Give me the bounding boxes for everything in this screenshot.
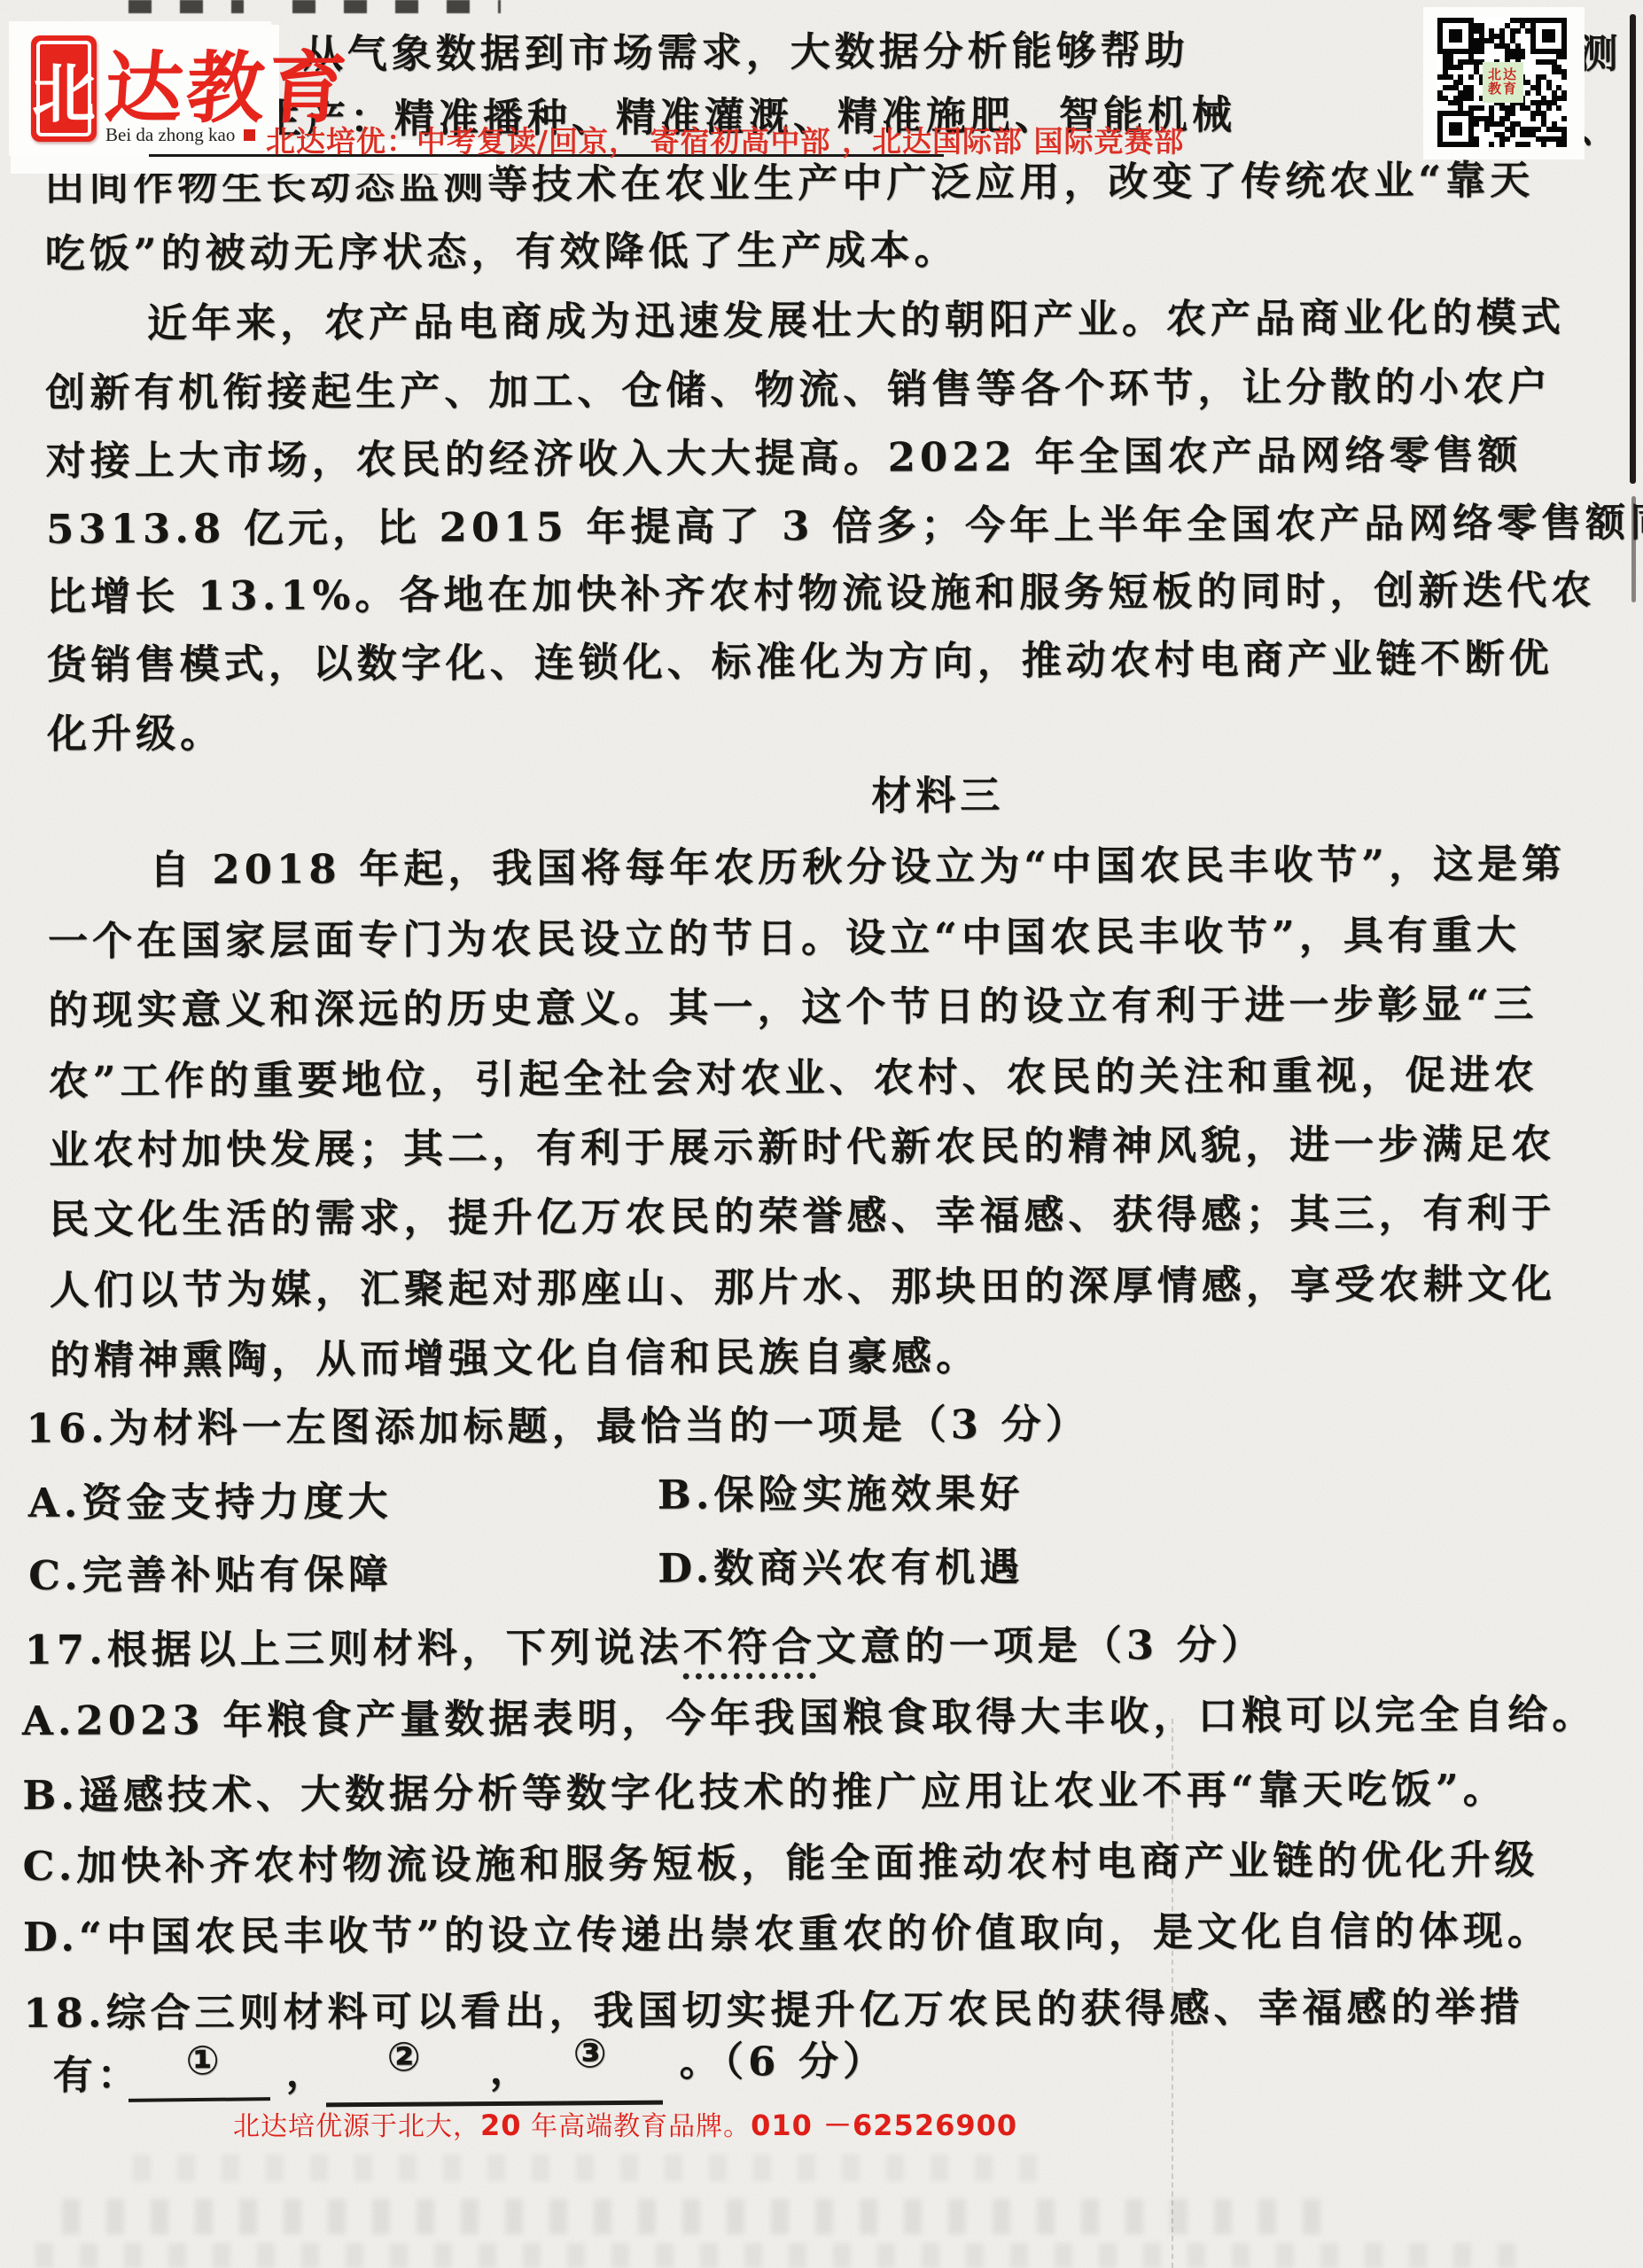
question-17-option-a: A.2023 年粮食产量数据表明，今年我国粮食取得大丰收，口粮可以完全自给。 xyxy=(22,1682,1597,1746)
qr-code: 北达 教育 xyxy=(1437,18,1567,147)
footer-ad-text: 年高端教育品牌。 xyxy=(522,2111,751,2142)
logo-seal-frame: 北 xyxy=(36,41,91,136)
logo-romanization-text: Bei da zhong kao xyxy=(105,124,235,146)
footer-ad-bold: 20 xyxy=(480,2109,522,2142)
page-edge-line xyxy=(1630,14,1636,484)
question-17-option-d: D.“中国农民丰收节”的设立传递出崇农重农的价值取向，是文化自信的体现。 xyxy=(23,1898,1552,1962)
scanned-exam-page: 。从气象数据到市场需求，大数据分析能够帮助 测 生产：精准播种、精准灌溉、精准施… xyxy=(0,0,1643,2268)
logo-seal-character: 北 xyxy=(32,43,96,135)
text-line: 化升级。 xyxy=(47,701,224,759)
text-line: 比增长 13.1%。各地在加快补齐农村物流设施和服务短板的同时，创新迭代农 xyxy=(46,557,1595,622)
text-line: 吃饭”的被动无序状态，有效降低了生产成本。 xyxy=(44,217,958,278)
text-line: 民文化生活的需求，提升亿万农民的荣誉感、幸福感、获得感；其三，有利于 xyxy=(49,1180,1555,1244)
question-16-stem: 16.为材料一左图添加标题，最恰当的一项是（3 分） xyxy=(26,1392,1090,1454)
question-17-option-b: B.遥感技术、大数据分析等数字化技术的推广应用让农业不再“靠天吃饭”。 xyxy=(22,1757,1507,1821)
text-line: 对接上大市场，农民的经济收入大大提高。2022 年全国农产品网络零售额 xyxy=(46,423,1522,486)
ad-banner-bottom: 北达培优源于北大，20 年高端教育品牌。010 －62526900 xyxy=(233,2103,1017,2144)
text-line: 货销售模式，以数字化、连锁化、标准化为方向，推动农村电商产业链不断优 xyxy=(47,625,1553,689)
qr-finder-icon xyxy=(1437,18,1474,54)
beida-education-logo: 北 达教育 Bei da zhong kao xyxy=(13,25,279,156)
logo-romanization: Bei da zhong kao xyxy=(105,124,255,146)
question-17-stem: 17.根据以上三则材料，下列说法不符合文意的一项是（3 分） xyxy=(24,1612,1265,1675)
qr-center-label: 北达 教育 xyxy=(1483,62,1523,103)
q17-stem-post: 文意的一项是（3 分） xyxy=(816,1621,1265,1670)
qr-finder-icon xyxy=(1437,111,1474,147)
qr-code-patch: 北达 教育 xyxy=(1423,7,1585,159)
text-line: 、 xyxy=(1578,96,1623,153)
q18-blank-1-number: ① xyxy=(185,2037,223,2084)
q17-stem-pre: 17.根据以上三则材料，下列说法 xyxy=(24,1624,683,1674)
footer-ad-text: 北达培优源于北大， xyxy=(233,2111,480,2142)
text-line: 的精神熏陶，从而增强文化自信和民族自豪感。 xyxy=(50,1324,980,1386)
q18-lead: 有： xyxy=(52,2042,141,2100)
question-16-option-a: A.资金支持力度大 xyxy=(28,1469,393,1528)
page-edge-line xyxy=(1631,496,1636,602)
qr-label-line2: 教育 xyxy=(1488,82,1518,97)
ad-banner-top: 北达培优：中考复读/回京， 寄宿初高中部 ，北达国际部 国际竞赛部 xyxy=(266,119,1185,160)
q18-blank-2-number: ② xyxy=(386,2033,424,2080)
qr-finder-icon xyxy=(1530,18,1567,54)
question-16-option-b: B.保险实施效果好 xyxy=(658,1461,1024,1520)
footer-ad-phone: 010 －62526900 xyxy=(751,2109,1017,2142)
text-line: 业农村加快发展；其二，有利于展示新时代新农民的精神风貌，进一步满足农 xyxy=(49,1111,1555,1175)
text-line: 的现实意义和深远的历史意义。其一，这个节日的设立有利于进一步彰显“三 xyxy=(48,971,1538,1035)
section-heading: 材料三 xyxy=(871,763,1004,821)
q18-blank-3-number: ③ xyxy=(572,2030,611,2077)
text-line: 一个在国家层面专门为农民设立的节日。设立“中国农民丰收节”，具有重大 xyxy=(48,903,1521,967)
text-line: 创新有机衔接起生产、加工、仓储、物流、销售等各个环节，让分散的小农户 xyxy=(45,353,1552,417)
question-16-option-d: D.数商兴农有机遇 xyxy=(658,1534,1024,1594)
document-text-layer: 。从气象数据到市场需求，大数据分析能够帮助 测 生产：精准播种、精准灌溉、精准施… xyxy=(0,0,1643,2268)
text-line: 近年来，农产品电商成为迅速发展壮大的朝阳产业。农产品商业化的模式 xyxy=(147,284,1565,348)
text-line: 自 2018 年起，我国将每年农历秋分设立为“中国农民丰收节”，这是第 xyxy=(150,831,1567,895)
logo-red-square-icon xyxy=(244,129,255,141)
logo-seal: 北 xyxy=(31,35,97,142)
q18-tail: 。（6 分） xyxy=(679,2029,887,2087)
q17-emphasized-text: 不符合 xyxy=(683,1623,816,1680)
question-16-option-c: C.完善补贴有保障 xyxy=(28,1542,393,1601)
logo-brand-calligraphy: 达教育 xyxy=(102,27,278,138)
text-line: 人们以节为媒，汇聚起对那座山、那片水、那块田的深厚情感，享受农耕文化 xyxy=(50,1251,1556,1315)
text-line: 农”工作的重要地位，引起全社会对农业、农村、农民的关注和重视，促进农 xyxy=(49,1042,1538,1106)
text-line: 5313.8 亿元，比 2015 年提高了 3 倍多；今年上半年全国农产品网络零… xyxy=(46,490,1643,555)
q18-separator: ， xyxy=(285,2039,330,2097)
text-line: 。从气象数据到市场需求，大数据分析能够帮助 xyxy=(259,18,1189,80)
question-17-option-c: C.加快补齐农村物流设施和服务短板，能全面推动农村电商产业链的优化升级 xyxy=(22,1827,1538,1891)
text-line: 测 xyxy=(1578,21,1623,79)
q18-separator: ， xyxy=(489,2037,533,2094)
